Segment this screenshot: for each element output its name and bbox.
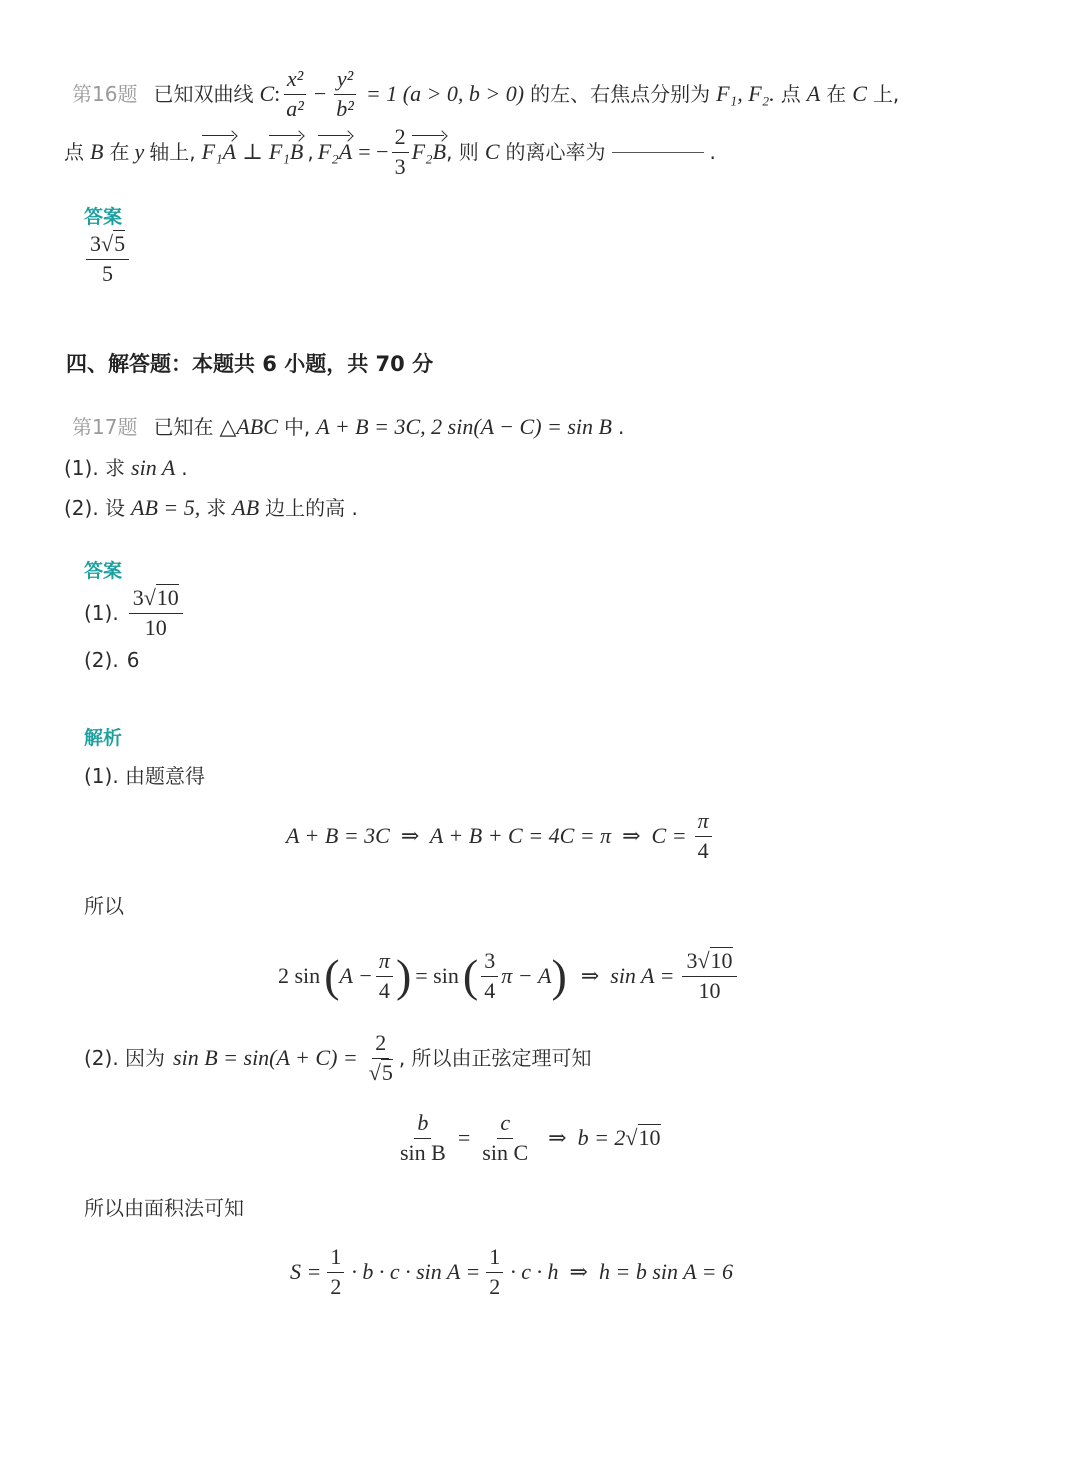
q16-text: 点 [64,142,84,162]
math-y: y [134,141,144,163]
math-eq: = − [358,141,388,163]
section-heading: 四、解答题：本题共 6 小题，共 70 分 [66,348,433,378]
analysis-so: 所以 [84,890,124,919]
q16-text: 的离心率为 [506,142,606,162]
part-label: (2). 因为 [84,1048,165,1068]
q16-text: , 则 [446,142,479,162]
vector-F2B: F₂B [412,141,447,163]
analysis-label: 解析 [84,723,122,750]
q16-line1: 第16题 已知双曲线 C : x²a² − y²b² = 1 (a > 0, b… [72,66,899,122]
math-sinA: sin A [131,457,175,479]
q16-line2: 点 B 在 y 轴上, F₁A ⊥ F₁B , F₂A = − 23 F₂B ,… [64,124,716,180]
math-C: C [852,83,867,105]
fraction-y2-b2: y²b² [333,67,357,120]
math-expr: S = [290,1261,321,1283]
q16-text: , [307,142,313,162]
q17-text: 求 [206,498,226,518]
math-AB: AB [232,497,259,519]
math-B: B [90,141,103,163]
answer-value: 6 [127,650,140,670]
part-label: (2). [84,650,119,670]
math-C: C [485,141,500,163]
math-expr: 2 sin [278,965,320,987]
q16-answer: 3√55 [86,232,129,286]
vector-F1A: F₁A [202,141,237,163]
q17-part2: (2). 设 AB = 5, 求 AB 边上的高 . [64,494,358,522]
q16-text: 点 [781,84,801,104]
math-expr: π − A [501,965,551,987]
math-condition: A + B = 3C, 2 sin(A − C) = sin B [316,416,612,438]
equation-3: bsin B = csin C ⇒ b = 2 √10 [394,1108,661,1168]
q17-text: 中, [284,417,310,437]
answer-label: 答案 [84,202,122,229]
q16-text: 上, [873,84,899,104]
vector-F1B: F₁B [269,141,304,163]
math-expr: A − [340,965,373,987]
q17-text: 边上的高 . [265,498,358,518]
math-C: C [259,83,274,105]
math-expr: · c · h ⇒ h = b sin A = 6 [510,1261,733,1283]
part-label: (2). 设 [64,498,125,518]
q17-stem: 第17题 已知在 △ABC 中, A + B = 3C, 2 sin(A − C… [72,412,624,442]
math-expr: ⇒ sin A = [581,965,675,987]
q17-answer-1: (1). 3√1010 [84,586,186,640]
math-minus: − [314,83,326,105]
part-label: (1). [84,603,119,623]
equation-1: A + B = 3C ⇒ A + B + C = 4C = π ⇒ C = π4 [286,808,715,864]
math-A: A [807,83,820,105]
part-label: (1). 求 [64,458,125,478]
math-triangle: △ABC [219,416,277,438]
analysis-part2: (2). 因为 sin B = sin(A + C) = 2√5 , 所以由正弦… [84,1028,592,1088]
equation-2: 2 sin ( A − π4 ) = sin ( 34 π − A ) ⇒ si… [278,946,740,1006]
fraction-2-3: 23 [392,125,409,178]
answer-label: 答案 [84,556,122,583]
q17-answer-2: (2). 6 [84,650,139,670]
math-expr: A + B = 3C ⇒ A + B + C = 4C = π ⇒ C = [286,825,687,847]
q16-text: 轴上, [149,142,195,162]
q16-text: . [710,142,716,162]
q16-text: 已知双曲线 [153,84,253,104]
answer-blank[interactable] [612,152,704,153]
q16-text: 在 [109,142,129,162]
q16-text: 在 [826,84,846,104]
vector-F2A: F₂A [318,141,353,163]
question-number: 第16题 [72,84,137,104]
q17-text: 已知在 [153,417,213,437]
q17-text: . [618,417,624,437]
math-AB5: AB = 5, [131,497,200,519]
q17-text: . [181,458,187,478]
math-expr: = sin [415,965,459,987]
question-number: 第17题 [72,417,137,437]
fraction-x2-a2: x²a² [283,67,307,120]
math-foci: F₁, F₂. [716,83,775,105]
analysis-part1-label: (1). 由题意得 [84,760,205,789]
math-expr: sin B = sin(A + C) = [173,1047,358,1069]
q17-part1: (1). 求 sin A . [64,454,188,482]
math-expr: = [458,1127,470,1149]
math-eq-condition: = 1 (a > 0, b > 0) [366,83,524,105]
math-colon: : [274,83,280,105]
math-expr: ⇒ b = 2 [548,1127,625,1149]
equation-4: S = 12 · b · c · sin A = 12 · c · h ⇒ h … [290,1244,733,1300]
q16-text: 的左、右焦点分别为 [530,84,710,104]
math-perp: ⊥ [242,141,263,163]
q17-text: , 所以由正弦定理可知 [399,1048,592,1068]
analysis-so-area: 所以由面积法可知 [84,1192,244,1221]
math-expr: · b · c · sin A = [351,1261,480,1283]
